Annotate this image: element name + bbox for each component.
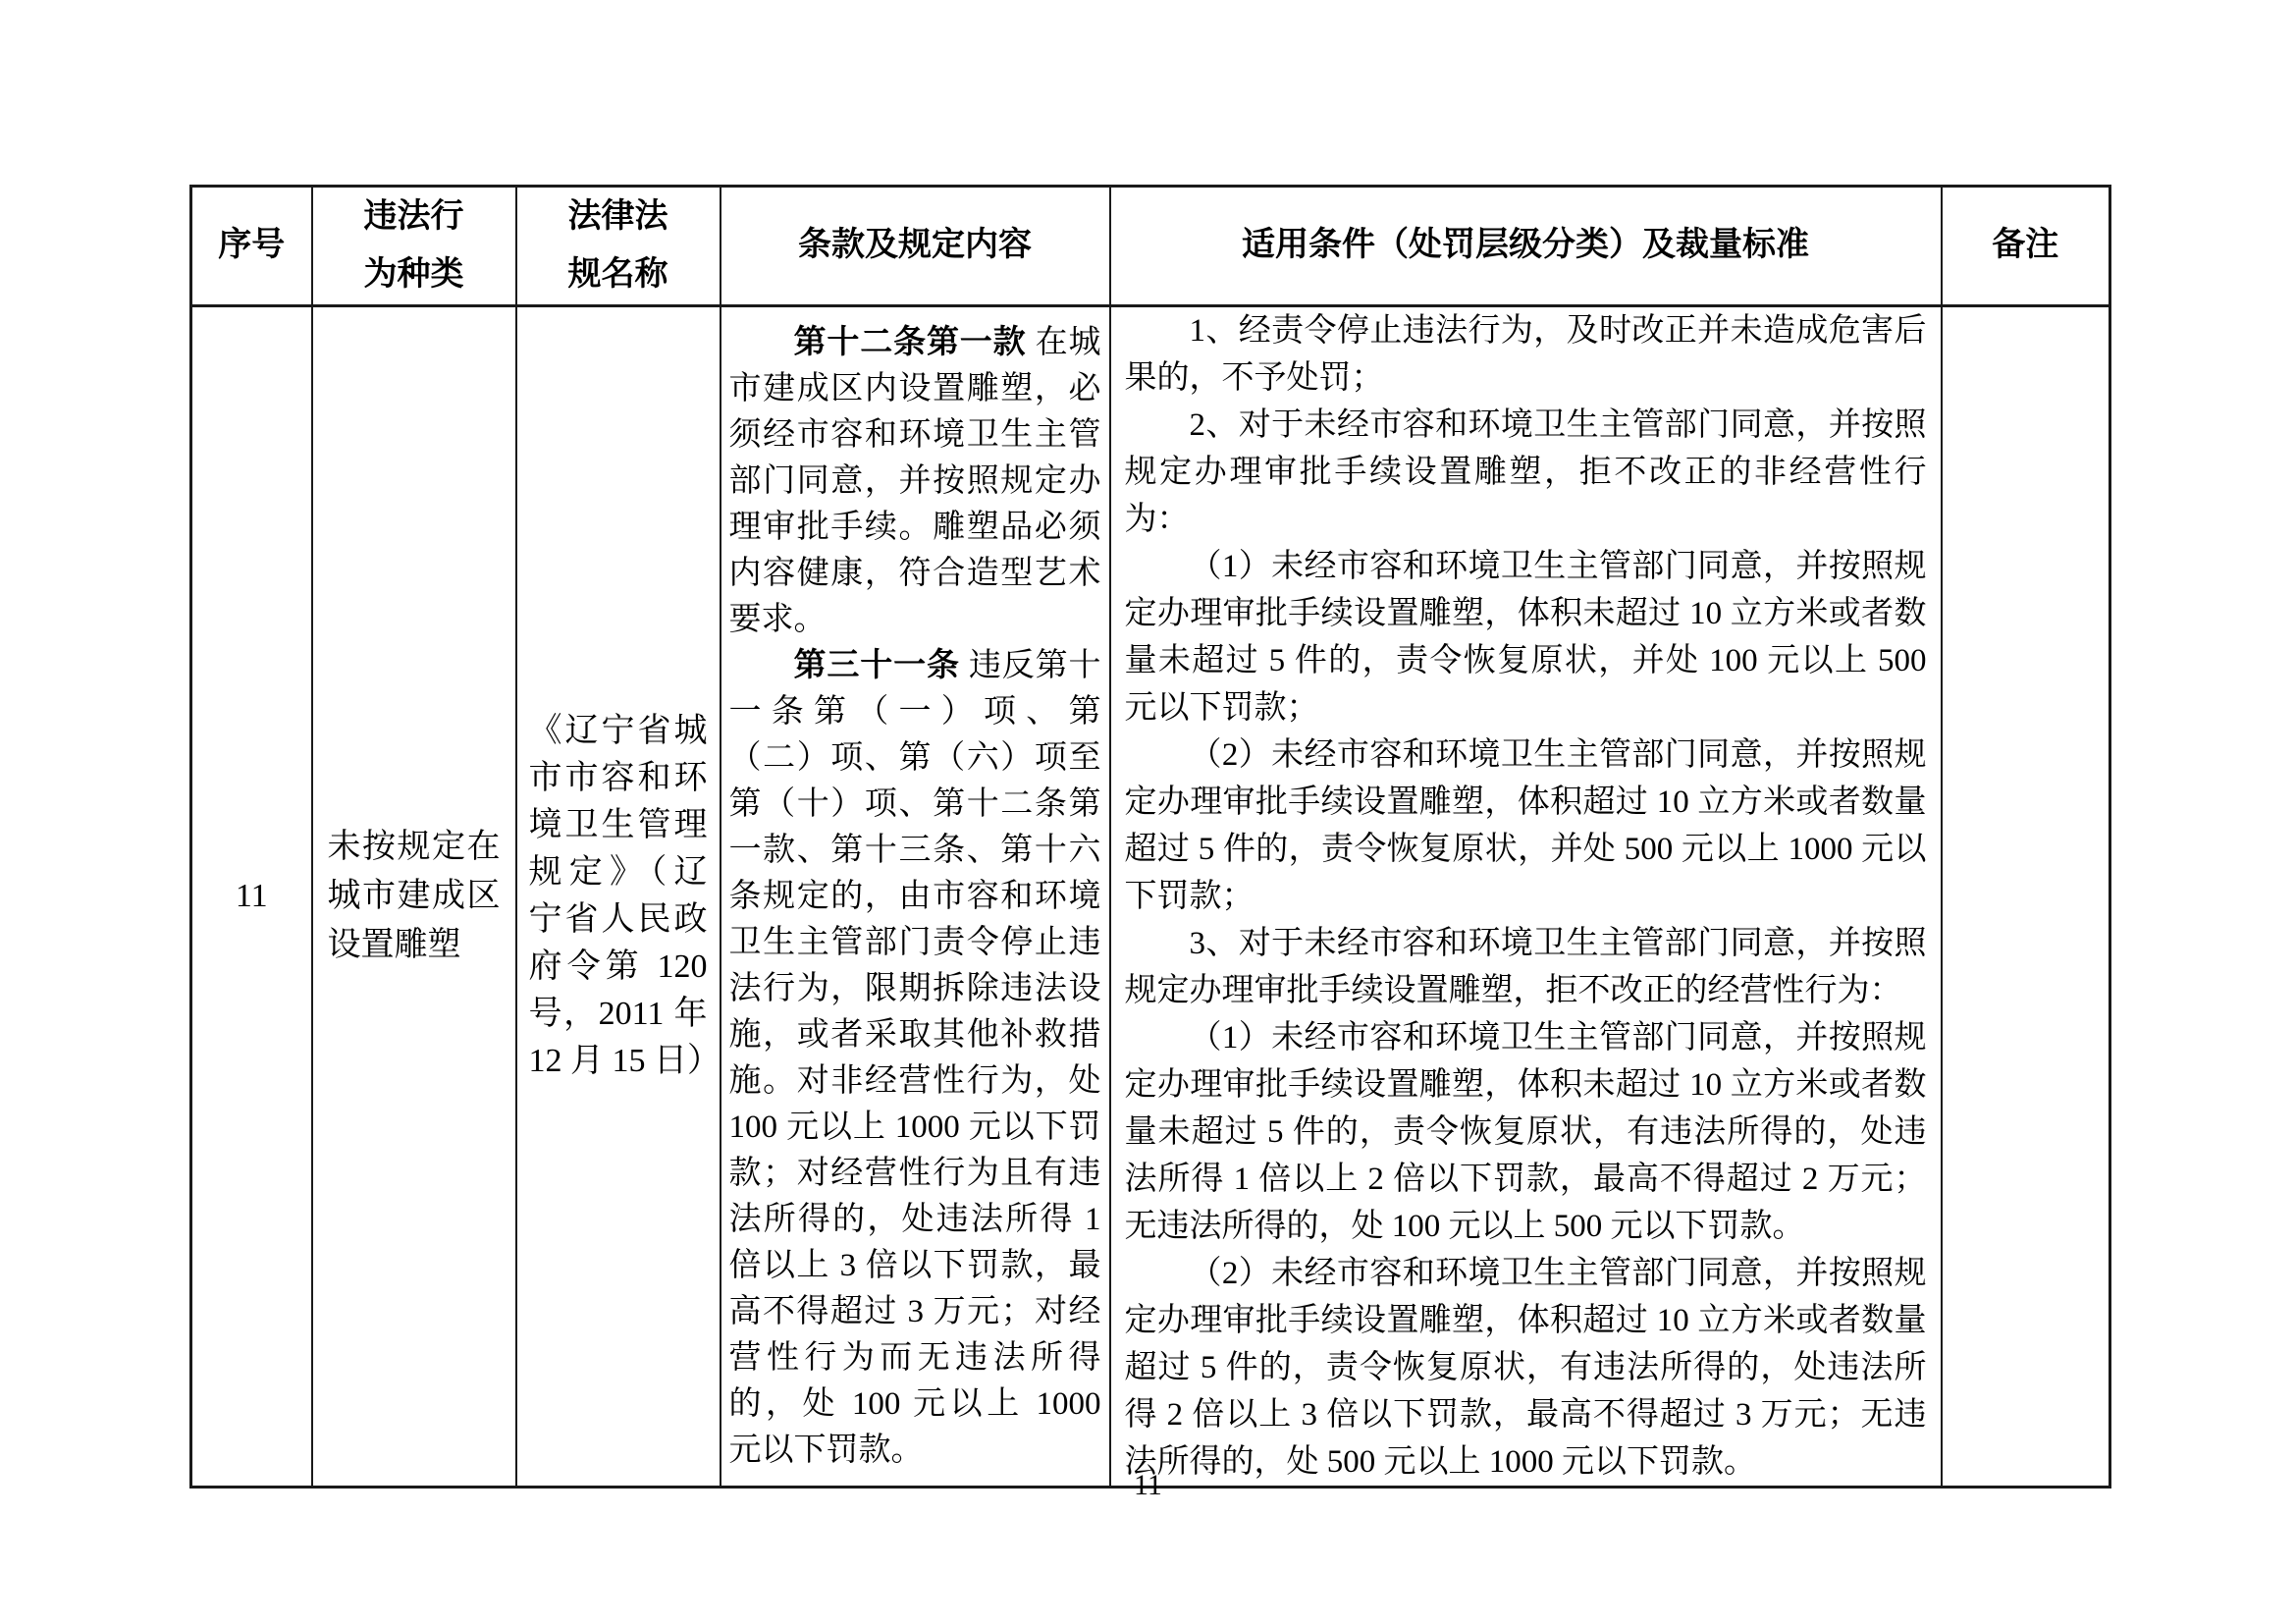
page-number: 11 — [0, 1469, 2296, 1502]
condition-paragraph: （2）未经市容和环境卫生主管部门同意，并按照规定办理审批手续设置雕塑，体积超过 … — [1125, 731, 1927, 920]
clause-title: 第三十一条 — [794, 648, 960, 683]
table-row: 11 未按规定在城市建成区设置雕塑 《辽宁省城市市容和环境卫生管理规定》（辽宁省… — [191, 306, 2110, 1488]
col-header-clauses: 条款及规定内容 — [721, 187, 1110, 306]
clause-paragraph: 第三十一条 违反第十一条第（一）项、第（二）项、第（六）项至第（十）项、第十二条… — [729, 643, 1101, 1474]
cell-serial-number: 11 — [191, 306, 312, 1488]
col-header-serial: 序号 — [191, 187, 312, 306]
clause-paragraph: 第十二条第一款 在城市建成区内设置雕塑，必须经市容和环境卫生主管部门同意，并按照… — [729, 320, 1101, 643]
cell-applicable-conditions: 1、经责令停止违法行为，及时改正并未造成危害后果的，不予处罚； 2、对于未经市容… — [1110, 306, 1942, 1488]
clause-text: 在城市建成区内设置雕塑，必须经市容和环境卫生主管部门同意，并按照规定办理审批手续… — [729, 325, 1101, 637]
cell-clause-content: 第十二条第一款 在城市建成区内设置雕塑，必须经市容和环境卫生主管部门同意，并按照… — [721, 306, 1110, 1488]
col-header-conditions: 适用条件（处罚层级分类）及裁量标准 — [1110, 187, 1942, 306]
clause-text: 违反第十一条第（一）项、第（二）项、第（六）项至第（十）项、第十二条第一款、第十… — [729, 648, 1101, 1468]
table-header-row: 序号 违法行 为种类 法律法 规名称 条款及规定内容 适用条件（处罚层级分类）及… — [191, 187, 2110, 306]
condition-paragraph: 2、对于未经市容和环境卫生主管部门同意，并按照规定办理审批手续设置雕塑，拒不改正… — [1125, 402, 1927, 543]
col-header-regulation-name: 法律法 规名称 — [516, 187, 721, 306]
cell-remark — [1942, 306, 2110, 1488]
condition-paragraph: （2）未经市容和环境卫生主管部门同意，并按照规定办理审批手续设置雕塑，体积超过 … — [1125, 1250, 1927, 1486]
cell-violation-type: 未按规定在城市建成区设置雕塑 — [312, 306, 516, 1488]
cell-regulation-name: 《辽宁省城市市容和环境卫生管理规定》（辽宁省人民政府令第 120 号，2011 … — [516, 306, 721, 1488]
condition-paragraph: 1、经责令停止违法行为，及时改正并未造成危害后果的，不予处罚； — [1125, 307, 1927, 402]
regulation-table: 序号 违法行 为种类 法律法 规名称 条款及规定内容 适用条件（处罚层级分类）及… — [189, 185, 2111, 1489]
col-header-remark: 备注 — [1942, 187, 2110, 306]
condition-paragraph: （1）未经市容和环境卫生主管部门同意，并按照规定办理审批手续设置雕塑，体积未超过… — [1125, 543, 1927, 731]
document-page: 序号 违法行 为种类 法律法 规名称 条款及规定内容 适用条件（处罚层级分类）及… — [0, 0, 2296, 1624]
condition-paragraph: 3、对于未经市容和环境卫生主管部门同意，并按照规定办理审批手续设置雕塑，拒不改正… — [1125, 920, 1927, 1014]
col-header-violation-type: 违法行 为种类 — [312, 187, 516, 306]
condition-paragraph: （1）未经市容和环境卫生主管部门同意，并按照规定办理审批手续设置雕塑，体积未超过… — [1125, 1014, 1927, 1250]
clause-title: 第十二条第一款 — [794, 325, 1027, 360]
